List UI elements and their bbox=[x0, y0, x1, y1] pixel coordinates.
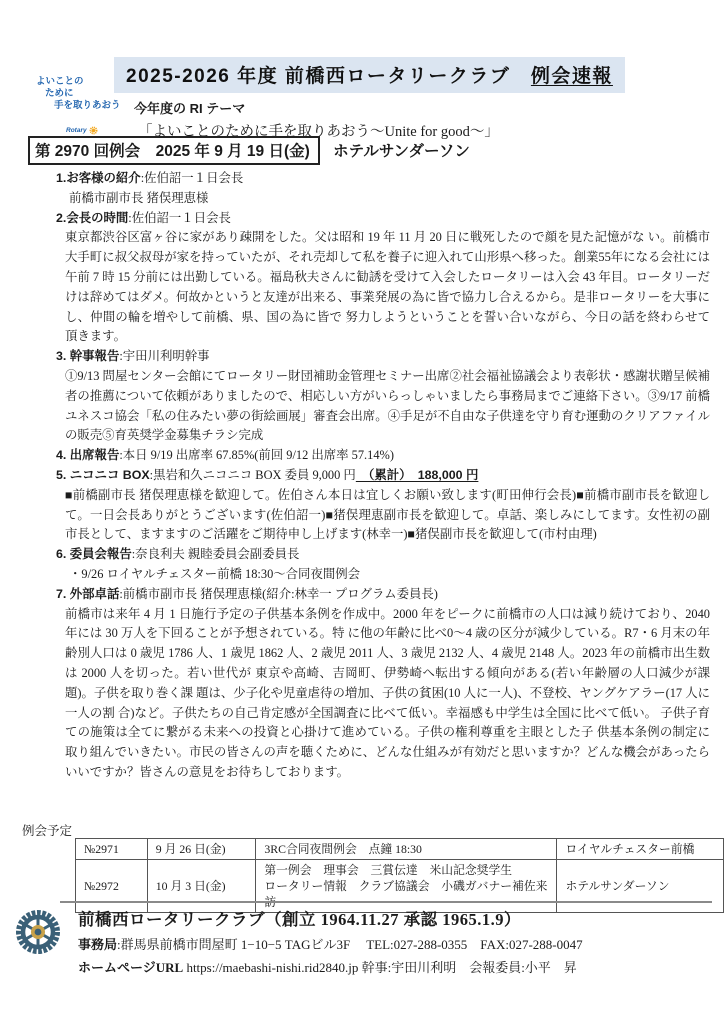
footer-office-line: 事務局:群馬県前橋市問屋町 1−10−5 TAGビル3F TEL:027-288… bbox=[78, 934, 718, 953]
section-guest-speech: 7. 外部卓話:前橋市副市長 猪俣理恵様(紹介:林幸一 プログラム委員長) bbox=[56, 585, 710, 605]
section-niconico-box-label: 5. ニコニコ BOX bbox=[56, 468, 150, 482]
footer-divider bbox=[60, 901, 712, 903]
rotary-wordmark: Rotary bbox=[66, 127, 87, 134]
page-title-underlined: 例会速報 bbox=[531, 66, 613, 87]
section-secretary-report-label: 3. 幹事報告 bbox=[56, 349, 119, 363]
footer-office-label: 事務局 bbox=[78, 937, 117, 952]
ri-theme-heading: 今年度の RI テーマ bbox=[134, 98, 499, 117]
page-title: 2025-2026 年度 前橋西ロータリークラブ 例会速報 bbox=[114, 57, 625, 93]
meeting-headline: 第 2970 回例会 2025 年 9 月 19 日(金) ホテルサンダーソン bbox=[28, 136, 470, 165]
masthead: 2025-2026 年度 前橋西ロータリークラブ 例会速報 bbox=[114, 57, 625, 93]
meeting-venue: ホテルサンダーソン bbox=[333, 143, 470, 160]
rotary-wheel-icon bbox=[14, 908, 62, 956]
schedule-row-2971: №2971 9 月 26 日(金) 3RC合同夜間例会 点鐘 18:30 ロイヤ… bbox=[76, 839, 724, 860]
president-time-paragraph: 東京都渋谷区富ヶ谷に家があり疎開をした。父は昭和 19 年 11 月 20 日に… bbox=[65, 228, 710, 347]
section-niconico-box-value: :黒岩和久ニコニコ BOX 委員 9,000 円 bbox=[150, 468, 356, 482]
footer-office-value: :群馬県前橋市問屋町 1−10−5 TAGビル3F TEL:027-288-03… bbox=[117, 937, 583, 952]
committee-report-extra: ・9/26 ロイヤルチェスター前橋 18:30～合同夜間例会 bbox=[69, 565, 710, 585]
footer-secretary: 幹事:宇田川利明 会報委員:小平 昇 bbox=[362, 960, 577, 975]
footer-block: 前橋西ロータリークラブ（創立 1964.11.27 承認 1965.1.9） 事… bbox=[78, 906, 718, 976]
section-president-time: 2.会長の時間:佐伯詔一１日会長 bbox=[56, 209, 710, 229]
schedule-venue: ロイヤルチェスター前橋 bbox=[557, 839, 724, 860]
section-president-time-label: 2.会長の時間 bbox=[56, 211, 128, 225]
secretary-report-paragraph: ①9/13 問屋センター会館にてロータリー財団補助金管理セミナー出席②社会福祉協… bbox=[65, 367, 710, 446]
ri-theme-block: 今年度の RI テーマ 「よいことのために手を取りあおう～Unite for g… bbox=[134, 98, 499, 141]
section-president-time-value: :佐伯詔一１日会長 bbox=[128, 211, 231, 225]
section-committee-report-value: :奈良利夫 親睦委員会副委員長 bbox=[132, 547, 300, 561]
section-guest-speech-label: 7. 外部卓話 bbox=[56, 587, 119, 601]
section-attendance-label: 4. 出席報告 bbox=[56, 448, 119, 462]
footer-club-name: 前橋西ロータリークラブ（創立 1964.11.27 承認 1965.1.9） bbox=[78, 906, 718, 930]
schedule-heading: 例会予定 bbox=[22, 821, 72, 839]
meeting-number-date: 第 2970 回例会 2025 年 9 月 19 日(金) bbox=[28, 136, 320, 165]
section-attendance: 4. 出席報告:本日 9/19 出席率 67.85%(前回 9/12 出席率 5… bbox=[56, 446, 710, 466]
section-committee-report-label: 6. 委員会報告 bbox=[56, 547, 132, 561]
schedule-program: 3RC合同夜間例会 点鐘 18:30 bbox=[256, 839, 557, 860]
schedule-row-2972: №2972 10 月 3 日(金) 第一例会 理事会 三賞伝達 米山記念奨学生 … bbox=[76, 860, 724, 913]
schedule-program-line1: 3RC合同夜間例会 点鐘 18:30 bbox=[264, 841, 548, 857]
schedule-program: 第一例会 理事会 三賞伝達 米山記念奨学生 ロータリー情報 クラブ協議会 小磯ガ… bbox=[256, 860, 557, 913]
guest-speech-paragraph: 前橋市は来年 4 月 1 日施行予定の子供基本条例を作成中。2000 年をピーク… bbox=[65, 605, 710, 783]
footer-url-label: ホームページURL bbox=[78, 960, 183, 975]
schedule-date: 10 月 3 日(金) bbox=[147, 860, 256, 913]
section-guest-speech-value: :前橋市副市長 猪俣理恵様(紹介:林幸一 プログラム委員長) bbox=[119, 587, 438, 601]
schedule-date: 9 月 26 日(金) bbox=[147, 839, 256, 860]
niconico-box-total: （累計） 188,000 円 bbox=[356, 468, 479, 482]
section-committee-report: 6. 委員会報告:奈良利夫 親睦委員会副委員長 bbox=[56, 545, 710, 565]
schedule-program-line1: 第一例会 理事会 三賞伝達 米山記念奨学生 bbox=[264, 862, 548, 878]
schedule-no: №2971 bbox=[76, 839, 148, 860]
schedule-venue: ホテルサンダーソン bbox=[557, 860, 724, 913]
section-guests: 1.お客様の紹介:佐伯詔一１日会長 bbox=[56, 169, 710, 189]
section-secretary-report-value: :宇田川利明幹事 bbox=[119, 349, 209, 363]
rotary-mini-wheel-icon bbox=[89, 126, 98, 135]
schedule-no: №2972 bbox=[76, 860, 148, 913]
section-niconico-box: 5. ニコニコ BOX:黒岩和久ニコニコ BOX 委員 9,000 円 （累計）… bbox=[56, 466, 710, 486]
section-attendance-value: :本日 9/19 出席率 67.85%(前回 9/12 出席率 57.14%) bbox=[119, 448, 394, 462]
section-secretary-report: 3. 幹事報告:宇田川利明幹事 bbox=[56, 347, 710, 367]
rotary-mini-logo: Rotary bbox=[66, 126, 132, 135]
newsletter-page: よいことの ために 手を取りあおう Rotary 2025-2026 年度 前橋… bbox=[0, 0, 724, 1024]
footer-url-value: https://maebashi-nishi.rid2840.jp bbox=[186, 960, 358, 975]
page-title-main: 2025-2026 年度 前橋西ロータリークラブ bbox=[126, 66, 531, 87]
footer-url-line: ホームページURL https://maebashi-nishi.rid2840… bbox=[78, 957, 718, 976]
newsletter-body: 1.お客様の紹介:佐伯詔一１日会長 前橋市副市長 猪俣理恵様 2.会長の時間:佐… bbox=[56, 169, 710, 783]
ri-theme-logo-line3: 手を取りあおう bbox=[54, 100, 132, 112]
niconico-box-paragraph: ■前橋副市長 猪俣理恵様を歓迎して。佐伯さん本日は宜しくお願い致します(町田伸行… bbox=[65, 486, 710, 545]
section-guests-extra: 前橋市副市長 猪俣理恵様 bbox=[69, 189, 710, 209]
section-guests-value: :佐伯詔一１日会長 bbox=[141, 171, 244, 185]
section-guests-label: 1.お客様の紹介 bbox=[56, 171, 141, 185]
